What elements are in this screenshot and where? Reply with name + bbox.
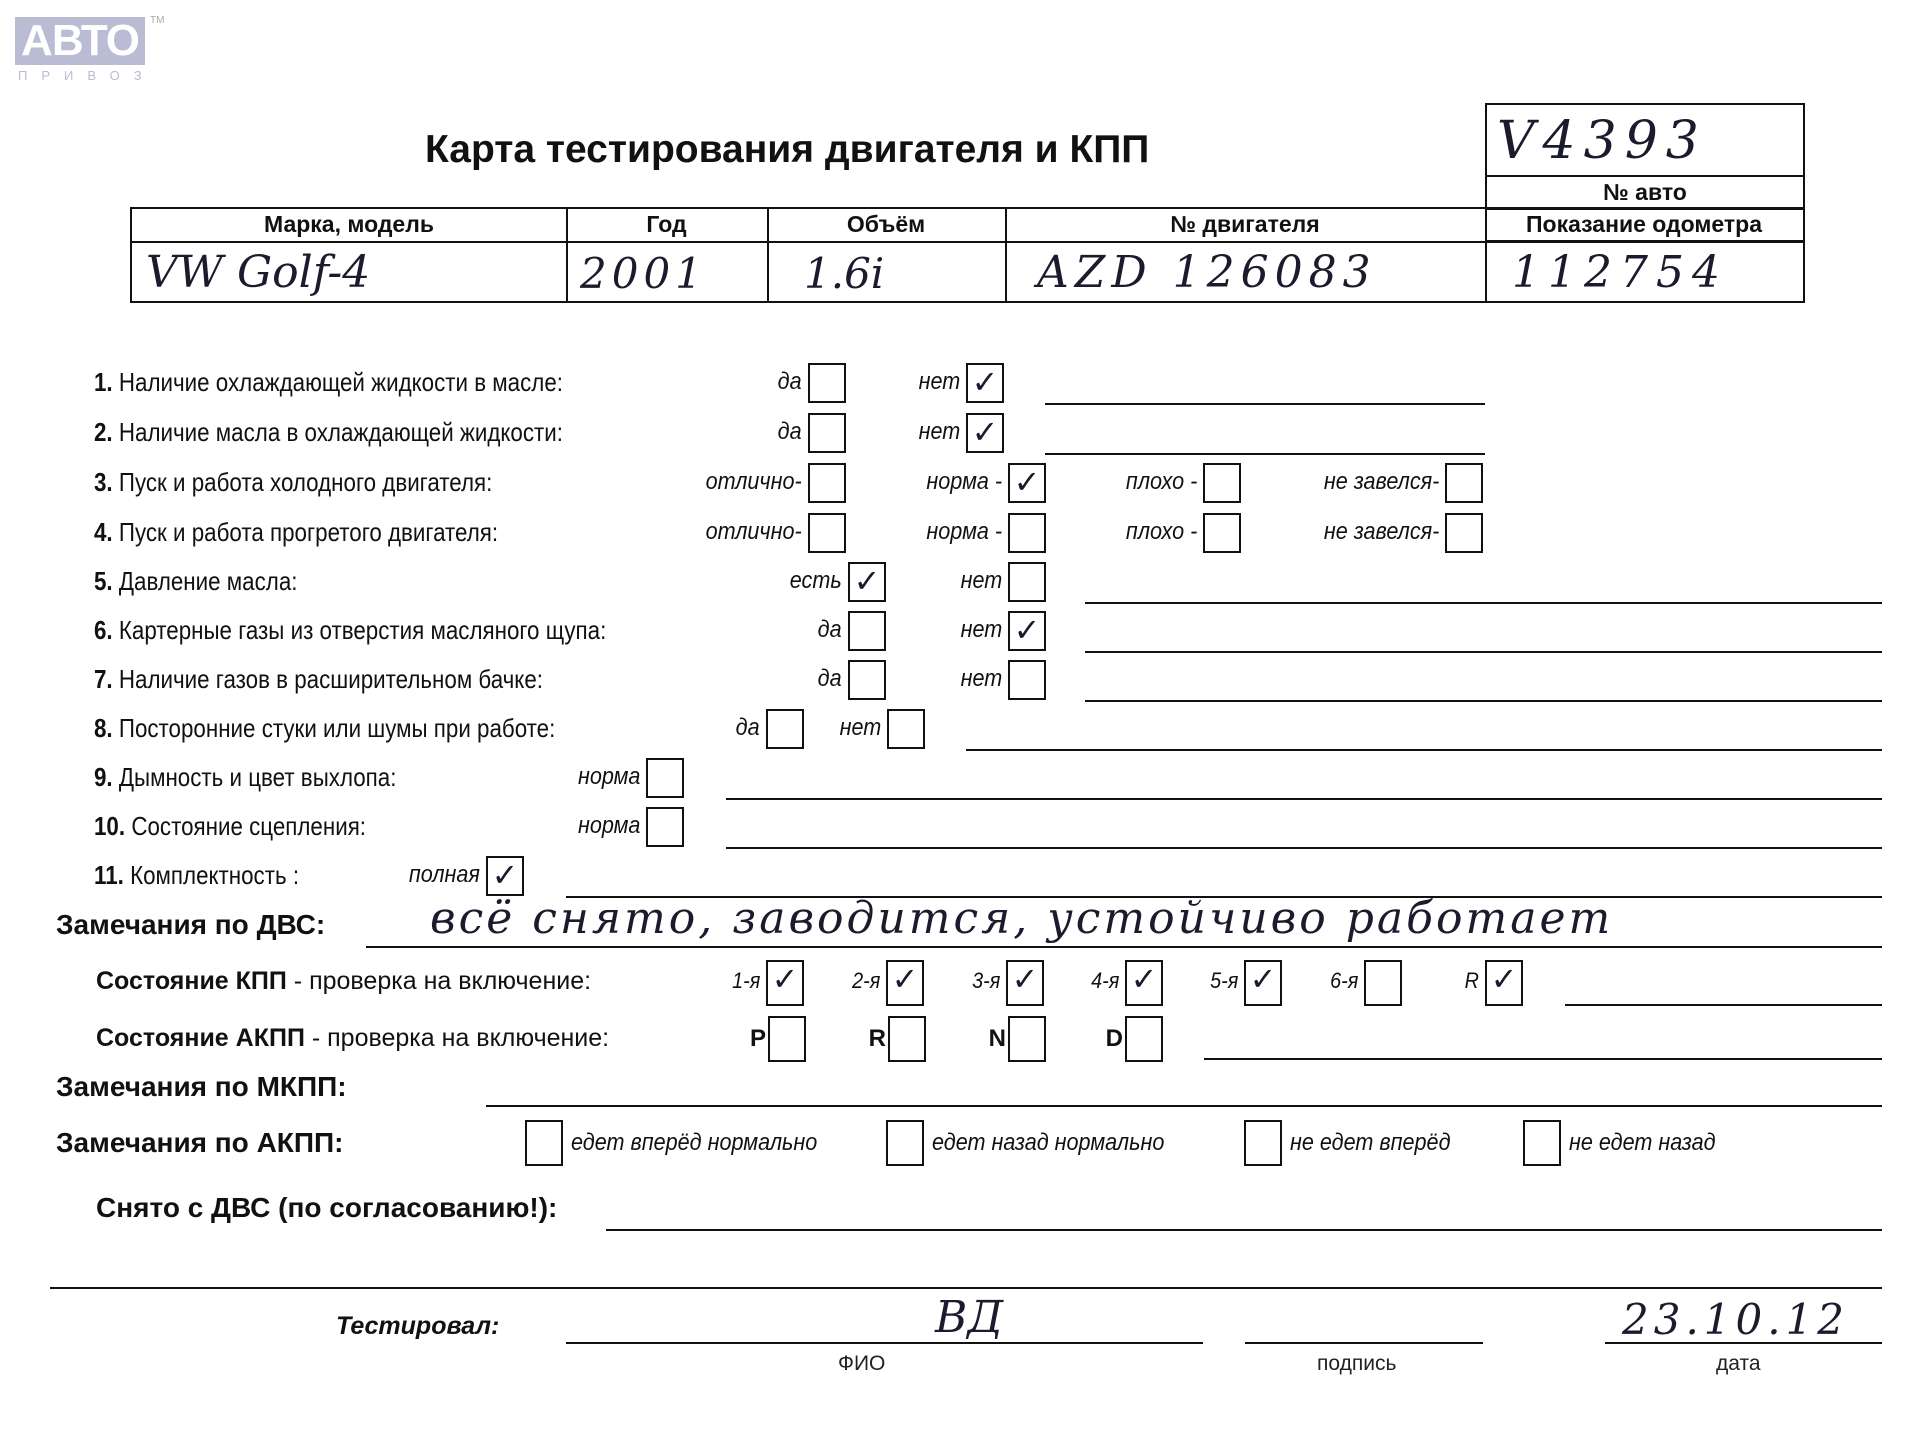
checklist-item-number: 6. xyxy=(94,615,113,645)
checklist-option-label: да xyxy=(778,368,802,396)
checklist-item-label: 8. Посторонние стуки или шумы при работе… xyxy=(94,713,555,744)
gear-checkbox[interactable]: ✓ xyxy=(1125,960,1163,1006)
checklist-notes-line[interactable] xyxy=(1085,602,1882,604)
checklist-item-text: Состояние сцепления: xyxy=(131,811,366,841)
checklist-item-number: 7. xyxy=(94,664,113,694)
checklist-item-text: Пуск и работа холодного двигателя: xyxy=(119,467,492,497)
checklist-item-text: Наличие охлаждающей жидкости в масле: xyxy=(119,367,563,397)
checklist-option-label: да xyxy=(736,714,760,742)
tester-name-value[interactable]: ВД xyxy=(935,1292,1003,1343)
checklist-item-label: 4. Пуск и работа прогретого двигателя: xyxy=(94,517,498,548)
checklist-checkbox[interactable]: ✓ xyxy=(848,562,886,602)
signature-caption: подпись xyxy=(1317,1352,1396,1376)
checklist-item-text: Наличие газов в расширительном бачке: xyxy=(119,664,543,694)
checklist-item-label: 9. Дымность и цвет выхлопа: xyxy=(94,762,396,793)
checklist-checkbox[interactable] xyxy=(766,709,804,749)
checklist-item-label: 5. Давление масла: xyxy=(94,566,297,597)
checklist-checkbox[interactable] xyxy=(848,611,886,651)
gear-checkbox[interactable]: ✓ xyxy=(886,960,924,1006)
logo-trademark: TM xyxy=(150,15,164,26)
checklist-notes-line[interactable] xyxy=(726,847,1882,849)
checklist-item-number: 3. xyxy=(94,467,113,497)
checklist-checkbox[interactable]: ✓ xyxy=(1008,463,1046,503)
checklist-item-text: Картерные газы из отверстия масляного щу… xyxy=(119,615,606,645)
vehicle-info-table: Марка, модель Год Объём № двигателя Пока… xyxy=(130,207,1805,303)
checklist-item-text: Посторонние стуки или шумы при работе: xyxy=(119,713,555,743)
gear-label: R xyxy=(1465,968,1479,994)
auto-gearbox-line xyxy=(1204,1058,1882,1060)
removed-line[interactable] xyxy=(606,1229,1882,1231)
auto-mode-checkbox[interactable] xyxy=(768,1016,806,1062)
checklist-option-label: плохо - xyxy=(1126,468,1197,496)
checklist-checkbox[interactable] xyxy=(646,758,684,798)
checklist-option-label: да xyxy=(818,665,842,693)
checklist-option-label: не завелся- xyxy=(1323,468,1439,496)
checklist-option-label: отлично- xyxy=(706,518,802,546)
auto-gearbox-title: Состояние АКПП xyxy=(96,1024,305,1052)
checklist-checkbox[interactable]: ✓ xyxy=(966,413,1004,453)
col-make-model: Марка, модель xyxy=(132,209,566,239)
checklist-checkbox[interactable] xyxy=(1203,463,1241,503)
tested-by-label: Тестировал: xyxy=(336,1312,499,1341)
name-line xyxy=(566,1342,1203,1344)
page-title: Карта тестирования двигателя и КПП xyxy=(425,128,1149,172)
engine-remarks-label: Замечания по ДВС: xyxy=(56,909,325,941)
col-odometer: Показание одометра xyxy=(1485,209,1803,239)
auto-remark-checkbox[interactable] xyxy=(886,1120,924,1166)
checklist-checkbox[interactable] xyxy=(1008,562,1046,602)
checklist-option-label: плохо - xyxy=(1126,518,1197,546)
checklist-checkbox[interactable]: ✓ xyxy=(486,856,524,896)
checklist-item-number: 1. xyxy=(94,367,113,397)
checklist-option-label: не завелся- xyxy=(1323,518,1439,546)
date-line xyxy=(1605,1342,1882,1344)
checklist-checkbox[interactable] xyxy=(1203,513,1241,553)
col-volume: Объём xyxy=(767,209,1005,239)
gear-label: 2-я xyxy=(852,968,880,994)
gear-label: 6-я xyxy=(1330,968,1358,994)
gear-checkbox[interactable]: ✓ xyxy=(1006,960,1044,1006)
gear-checkbox[interactable]: ✓ xyxy=(1485,960,1523,1006)
checklist-notes-line[interactable] xyxy=(1085,651,1882,653)
gear-checkbox[interactable]: ✓ xyxy=(766,960,804,1006)
checklist-item-label: 3. Пуск и работа холодного двигателя: xyxy=(94,467,492,498)
car-number-label: № авто xyxy=(1487,177,1803,207)
date-caption: дата xyxy=(1716,1352,1761,1376)
checklist-item-text: Пуск и работа прогретого двигателя: xyxy=(119,517,498,547)
checklist-checkbox[interactable] xyxy=(1008,513,1046,553)
checklist-checkbox[interactable] xyxy=(848,660,886,700)
removed-label: Снято с ДВС (по согласованию!): xyxy=(96,1192,557,1224)
gear-checkbox[interactable] xyxy=(1364,960,1402,1006)
auto-remark-checkbox[interactable] xyxy=(525,1120,563,1166)
checklist-item-number: 9. xyxy=(94,762,113,792)
auto-remark-label: едет назад нормально xyxy=(932,1129,1164,1157)
gear-label: 4-я xyxy=(1091,968,1119,994)
engine-remarks-line xyxy=(366,946,1882,948)
auto-remark-checkbox[interactable] xyxy=(1523,1120,1561,1166)
auto-mode-label: P xyxy=(750,1025,766,1053)
checklist-notes-line[interactable] xyxy=(726,798,1882,800)
footer-divider xyxy=(50,1287,1882,1289)
year-value[interactable]: 2001 xyxy=(580,249,707,298)
auto-remark-label: не едет назад xyxy=(1569,1129,1716,1157)
volume-value[interactable]: 1.6i xyxy=(804,249,884,298)
make-model-value[interactable]: VW Golf-4 xyxy=(146,247,370,298)
name-caption: ФИО xyxy=(838,1352,885,1376)
checklist-item-label: 10. Состояние сцепления: xyxy=(94,811,366,842)
checklist-item-number: 2. xyxy=(94,417,113,447)
checklist-item-text: Наличие масла в охлаждающей жидкости: xyxy=(119,417,563,447)
checklist-option-label: норма xyxy=(578,812,640,840)
checklist-checkbox[interactable] xyxy=(1008,660,1046,700)
checklist-option-label: нет xyxy=(960,665,1002,693)
auto-remark-checkbox[interactable] xyxy=(1244,1120,1282,1166)
checklist-item-label: 7. Наличие газов в расширительном бачке: xyxy=(94,664,543,695)
auto-mode-label: N xyxy=(989,1025,1006,1053)
checklist-checkbox[interactable] xyxy=(1445,513,1483,553)
checklist-option-label: нет xyxy=(960,567,1002,595)
auto-gearbox-label: Состояние АКПП - проверка на включение: xyxy=(96,1024,609,1053)
gear-label: 5-я xyxy=(1210,968,1238,994)
checklist-option-label: норма - xyxy=(926,518,1002,546)
checklist-checkbox[interactable] xyxy=(646,807,684,847)
checklist-item-number: 11. xyxy=(94,860,124,890)
checklist-item-text: Давление масла: xyxy=(119,566,298,596)
checklist-checkbox[interactable] xyxy=(1445,463,1483,503)
manual-gearbox-label: Состояние КПП - проверка на включение: xyxy=(96,967,591,996)
checklist-notes-line[interactable] xyxy=(1045,453,1485,455)
manual-remarks-label: Замечания по МКПП: xyxy=(56,1071,347,1103)
checklist-option-label: да xyxy=(818,616,842,644)
checklist-option-label: нет xyxy=(918,418,960,446)
checklist-option-label: норма xyxy=(578,763,640,791)
checklist-checkbox[interactable] xyxy=(808,363,846,403)
auto-mode-checkbox[interactable] xyxy=(888,1016,926,1062)
signature-line[interactable] xyxy=(1245,1342,1483,1344)
auto-mode-label: R xyxy=(869,1025,886,1053)
checklist-item-number: 5. xyxy=(94,566,113,596)
checklist-checkbox[interactable] xyxy=(887,709,925,749)
engine-remarks-value[interactable]: всё снято, заводится, устойчиво работает xyxy=(430,893,1613,944)
avto-privoz-logo: АВТО xyxy=(15,17,145,65)
divider xyxy=(132,241,1803,243)
checklist-option-label: нет xyxy=(960,616,1002,644)
odometer-value[interactable]: 112754 xyxy=(1512,247,1728,298)
checklist-option-label: отлично- xyxy=(706,468,802,496)
engine-number-value[interactable]: AZD 126083 xyxy=(1037,247,1377,298)
date-value[interactable]: 23.10.12 xyxy=(1622,1295,1849,1344)
auto-mode-label: D xyxy=(1106,1025,1123,1053)
auto-mode-checkbox[interactable] xyxy=(1125,1016,1163,1062)
checklist-item-number: 4. xyxy=(94,517,113,547)
checklist-item-label: 6. Картерные газы из отверстия масляного… xyxy=(94,615,606,646)
car-number-value: V4393 xyxy=(1497,111,1707,171)
checklist-item-label: 2. Наличие масла в охлаждающей жидкости: xyxy=(94,417,563,448)
checklist-notes-line[interactable] xyxy=(1045,403,1485,405)
checklist-checkbox[interactable] xyxy=(808,513,846,553)
checklist-option-label: есть xyxy=(790,567,842,595)
checklist-option-label: да xyxy=(778,418,802,446)
col-year: Год xyxy=(566,209,767,239)
auto-mode-checkbox[interactable] xyxy=(1008,1016,1046,1062)
checklist-item-number: 10. xyxy=(94,811,125,841)
checklist-checkbox[interactable]: ✓ xyxy=(1008,611,1046,651)
manual-gearbox-subtitle: - проверка на включение: xyxy=(287,967,591,995)
checklist-item-text: Комплектность : xyxy=(130,860,299,890)
manual-remarks-line[interactable] xyxy=(486,1105,1882,1107)
gear-label: 3-я xyxy=(972,968,1000,994)
col-engine-number: № двигателя xyxy=(1005,209,1485,239)
auto-remark-label: не едет вперёд xyxy=(1290,1129,1451,1157)
checklist-item-text: Дымность и цвет выхлопа: xyxy=(119,762,397,792)
checklist-item-number: 8. xyxy=(94,713,113,743)
auto-remark-label: едет вперёд нормально xyxy=(571,1129,817,1157)
checklist-option-label: нет xyxy=(918,368,960,396)
gear-label: 1-я xyxy=(732,968,760,994)
auto-remarks-label: Замечания по АКПП: xyxy=(56,1127,343,1159)
auto-gearbox-subtitle: - проверка на включение: xyxy=(305,1024,609,1052)
checklist-item-label: 1. Наличие охлаждающей жидкости в масле: xyxy=(94,367,563,398)
checklist-checkbox[interactable] xyxy=(808,463,846,503)
checklist-option-label: полная xyxy=(409,861,480,889)
manual-gearbox-line xyxy=(1565,1004,1882,1006)
checklist-option-label: норма - xyxy=(926,468,1002,496)
gear-checkbox[interactable]: ✓ xyxy=(1244,960,1282,1006)
checklist-item-label: 11. Комплектность : xyxy=(94,860,299,891)
checklist-option-label: нет xyxy=(839,714,881,742)
checklist-notes-line[interactable] xyxy=(966,749,1882,751)
checklist-checkbox[interactable] xyxy=(808,413,846,453)
checklist-notes-line[interactable] xyxy=(1085,700,1882,702)
manual-gearbox-title: Состояние КПП xyxy=(96,967,287,995)
logo-subtitle: ПРИВОЗ xyxy=(18,68,156,83)
checklist-checkbox[interactable]: ✓ xyxy=(966,363,1004,403)
